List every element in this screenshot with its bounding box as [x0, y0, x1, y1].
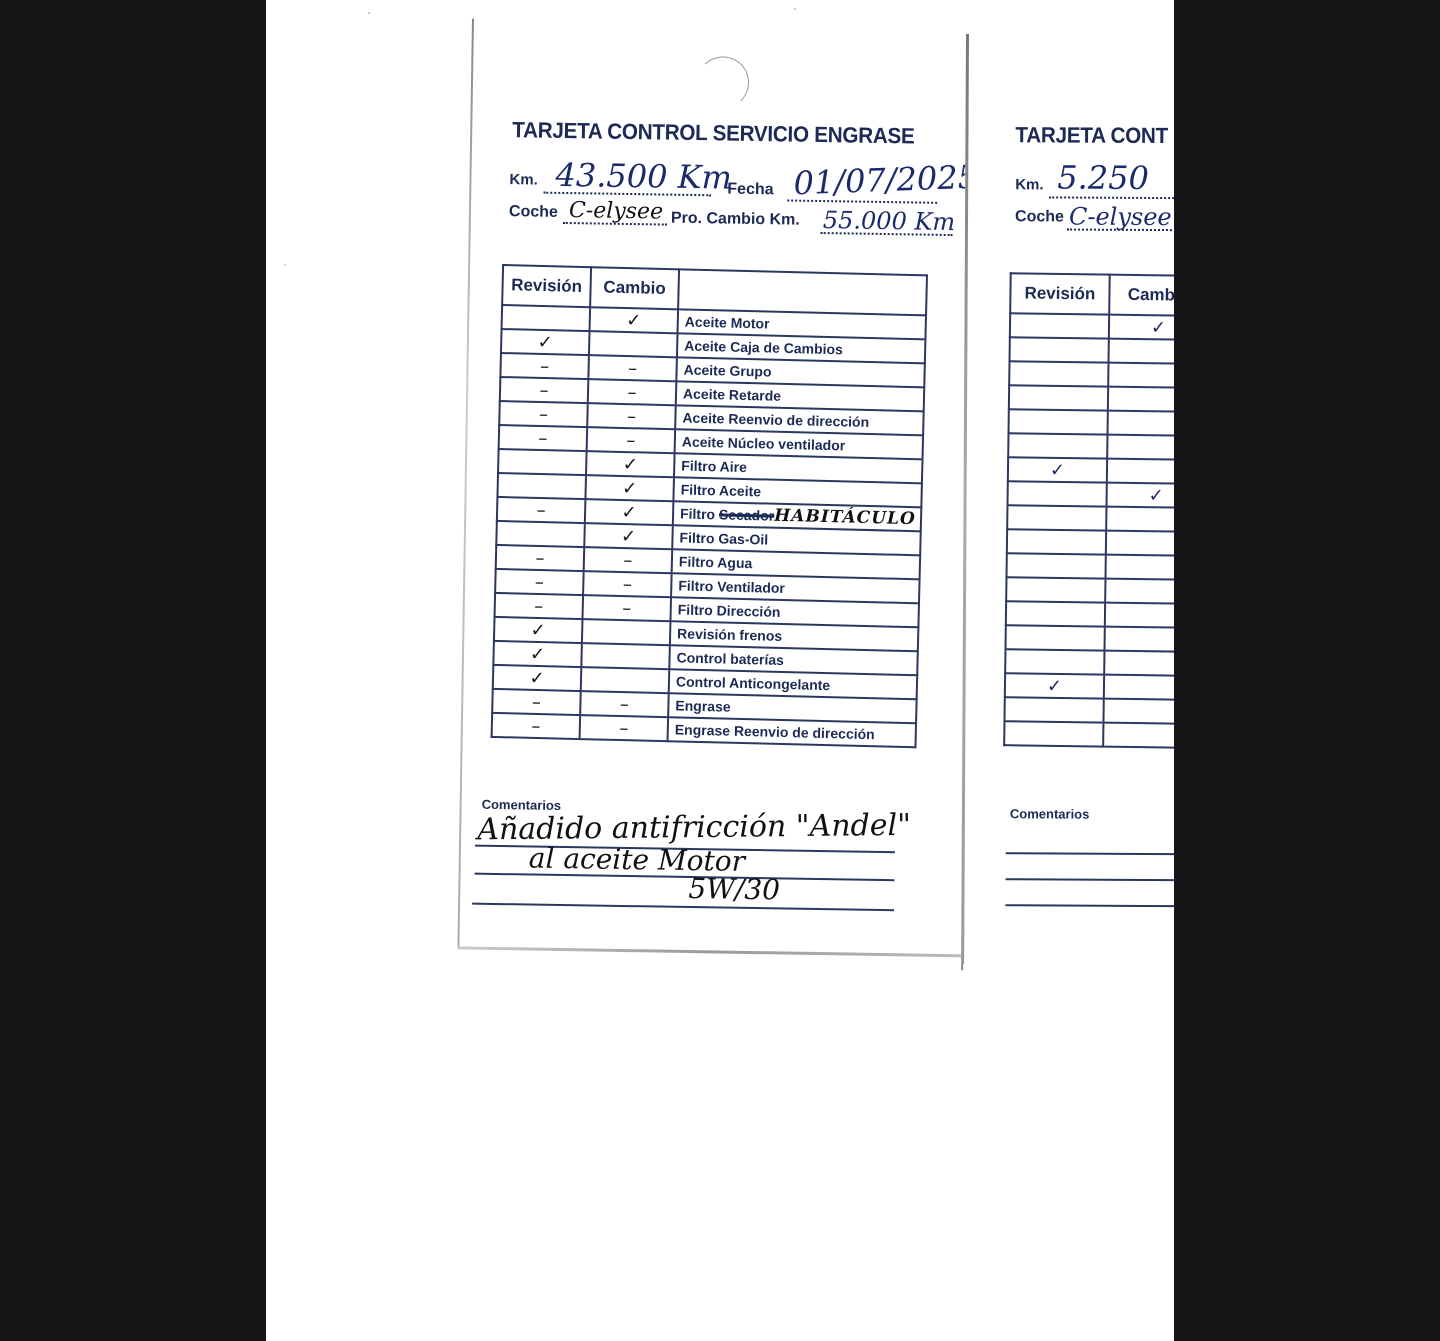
revision-mark: – [496, 545, 585, 571]
cambio-mark: ✓ [1106, 483, 1174, 508]
table-row [1004, 721, 1174, 748]
revision-mark: ✓ [494, 617, 583, 643]
table-row [1004, 697, 1174, 724]
cambio-mark: ✓ [586, 451, 675, 477]
revision-mark: – [499, 425, 588, 451]
cambio-mark [581, 667, 670, 693]
revision-mark [1006, 577, 1105, 602]
cambio-mark [1105, 555, 1174, 580]
card-edge [457, 19, 474, 949]
item-text: Aceite Grupo [683, 361, 771, 379]
revision-mark [1005, 649, 1104, 674]
item-text: Filtro Ventilador [678, 577, 785, 596]
hang-hole [697, 56, 750, 109]
card-title: TARJETA CONT [1015, 122, 1168, 149]
item-text: Aceite Reenvio de dirección [682, 409, 869, 430]
cambio-mark [589, 331, 678, 357]
item-text: Aceite Núcleo ventilador [682, 433, 846, 453]
coche-label: Coche [509, 203, 558, 222]
pro-cambio-label: Pro. Cambio Km. [671, 210, 800, 230]
comment-line [1006, 852, 1174, 855]
item-text: Aceite Caja de Cambios [684, 337, 843, 357]
km-value: 5.250 [1057, 158, 1149, 196]
table-row [1006, 553, 1174, 580]
item-text: Filtro Aceite [680, 481, 761, 499]
table-row [1005, 649, 1174, 676]
revision-mark [1007, 481, 1106, 506]
table-row [1007, 529, 1174, 556]
item-text: Filtro Agua [679, 553, 753, 571]
km-value: 43.500 Km [555, 156, 732, 197]
table-row: ✓ [1005, 673, 1174, 700]
cambio-mark: – [587, 403, 676, 429]
revision-mark [1010, 337, 1109, 362]
handwritten-correction: HABITÁCULO [774, 506, 916, 529]
revision-mark [498, 449, 587, 475]
cambio-mark: – [584, 547, 673, 573]
cambio-mark [1106, 531, 1174, 556]
table-row [1008, 433, 1174, 460]
cambio-mark [1107, 459, 1174, 484]
cambio-mark [1103, 699, 1174, 724]
revision-mark: – [492, 713, 581, 739]
km-label: Km. [1015, 176, 1043, 193]
table-row [1009, 361, 1174, 388]
service-checklist-table: Revisión Cambio ✓✓✓✓ [1003, 272, 1174, 749]
item-text: Filtro [680, 505, 715, 522]
col-header-revision: Revisión [502, 265, 591, 307]
item-text: Engrase Reenvio de dirección [675, 721, 875, 742]
cambio-mark [1108, 387, 1174, 412]
cambio-mark: ✓ [590, 307, 679, 333]
revision-mark [502, 305, 591, 331]
cambio-mark: – [580, 715, 669, 741]
revision-mark [1006, 553, 1105, 578]
table-row [1009, 385, 1174, 412]
revision-mark [1007, 529, 1106, 554]
cambio-mark [1104, 651, 1174, 676]
cambio-mark: ✓ [585, 499, 674, 525]
comments-label: Comentarios [1010, 806, 1090, 821]
cambio-mark: – [588, 355, 677, 381]
item-text: Control Anticongelante [676, 673, 831, 693]
fecha-label: Fecha [727, 181, 774, 200]
revision-mark [1010, 313, 1109, 338]
cambio-mark: ✓ [585, 475, 674, 501]
revision-mark: – [499, 401, 588, 427]
item-text: Aceite Motor [685, 313, 770, 331]
cambio-mark [1108, 363, 1174, 388]
cambio-mark: – [582, 595, 671, 621]
cambio-mark: – [583, 571, 672, 597]
item-text: Control baterías [676, 649, 784, 668]
revision-mark [1005, 625, 1104, 650]
cambio-mark: ✓ [584, 523, 673, 549]
cambio-mark [1109, 339, 1174, 364]
cambio-mark: – [588, 379, 677, 405]
comment-line [472, 903, 894, 912]
revision-mark [1006, 601, 1105, 626]
km-label: Km. [509, 171, 538, 188]
revision-mark [497, 473, 586, 499]
revision-mark: – [492, 689, 581, 715]
scan-speck [284, 264, 286, 266]
revision-mark: ✓ [493, 641, 582, 667]
table-row: ✓ [1008, 457, 1174, 484]
service-card-2: TARJETA CONT Km. 5.250 Coche C-elysee Re… [961, 34, 1174, 965]
revision-mark [1009, 361, 1108, 386]
cambio-mark [581, 643, 670, 669]
revision-mark [1008, 433, 1107, 458]
revision-mark [1009, 409, 1108, 434]
revision-mark: ✓ [501, 329, 590, 355]
item-text: Filtro Gas-Oil [679, 529, 768, 547]
revision-mark [1004, 721, 1103, 746]
cambio-mark [1107, 435, 1174, 460]
item-text: Aceite Retarde [683, 385, 781, 403]
cambio-mark: ✓ [1109, 315, 1174, 340]
revision-mark [496, 521, 585, 547]
scan-speck [368, 12, 370, 14]
revision-mark: ✓ [1005, 673, 1104, 698]
table-row [1006, 577, 1174, 604]
comments-label: Comentarios [482, 797, 562, 813]
item-text: Revisión frenos [677, 625, 782, 644]
revision-mark [1009, 385, 1108, 410]
col-header-cambio: Cambio [1109, 275, 1174, 316]
revision-mark: – [497, 497, 586, 523]
cambio-mark [1104, 627, 1174, 652]
table-row [1007, 505, 1174, 532]
pro-cambio-value: 55.000 Km [823, 206, 956, 236]
table-header-row: Revisión Cambio [1010, 273, 1174, 316]
cambio-mark [1104, 675, 1174, 700]
comment-line [1005, 904, 1174, 907]
cambio-mark [1106, 507, 1174, 532]
comment-line [1006, 878, 1174, 881]
table-row [1005, 625, 1174, 652]
service-card-1: TARJETA CONTROL SERVICIO ENGRASE Km. 43.… [425, 18, 980, 971]
fecha-value: 01/07/2025 [793, 158, 979, 203]
service-checklist-table: Revisión Cambio ✓Aceite Motor✓Aceite Caj… [491, 264, 928, 748]
revision-mark [1007, 505, 1106, 530]
cambio-mark: – [580, 691, 669, 717]
item-text: Engrase [675, 697, 731, 714]
table-row: ✓ [1007, 481, 1174, 508]
card-edge [457, 946, 963, 957]
col-header-item [678, 269, 927, 315]
coche-label: Coche [1015, 208, 1064, 226]
col-header-revision: Revisión [1010, 273, 1110, 314]
comment-line-3: 5W/30 [688, 872, 780, 906]
item-label: Engrase Reenvio de dirección [668, 717, 917, 747]
table-row [1006, 601, 1174, 628]
table-row: ✓ [1010, 313, 1174, 340]
revision-mark: – [495, 569, 584, 595]
item-text: Filtro Dirección [678, 601, 781, 620]
table-row [1010, 337, 1174, 364]
coche-value: C-elysee [569, 198, 663, 224]
cambio-mark: – [587, 427, 676, 453]
cambio-mark [1107, 411, 1174, 436]
coche-value: C-elysee [1069, 203, 1172, 232]
revision-mark: – [495, 593, 584, 619]
revision-mark: – [500, 377, 589, 403]
revision-mark: – [500, 353, 589, 379]
struck-text: Secador [719, 506, 775, 523]
revision-mark: ✓ [493, 665, 582, 691]
scanned-page: TARJETA CONTROL SERVICIO ENGRASE Km. 43.… [266, 0, 1174, 1341]
revision-mark: ✓ [1008, 457, 1107, 482]
item-text: Filtro Aire [681, 457, 747, 475]
cambio-mark [1105, 603, 1174, 628]
scan-speck [794, 8, 796, 10]
card-title: TARJETA CONTROL SERVICIO ENGRASE [512, 117, 915, 149]
table-row [1009, 409, 1174, 436]
cambio-mark [582, 619, 671, 645]
col-header-cambio: Cambio [590, 267, 679, 309]
revision-mark [1004, 697, 1103, 722]
cambio-mark [1103, 723, 1174, 748]
km-dotted-line [1049, 196, 1174, 199]
cambio-mark [1105, 579, 1174, 604]
